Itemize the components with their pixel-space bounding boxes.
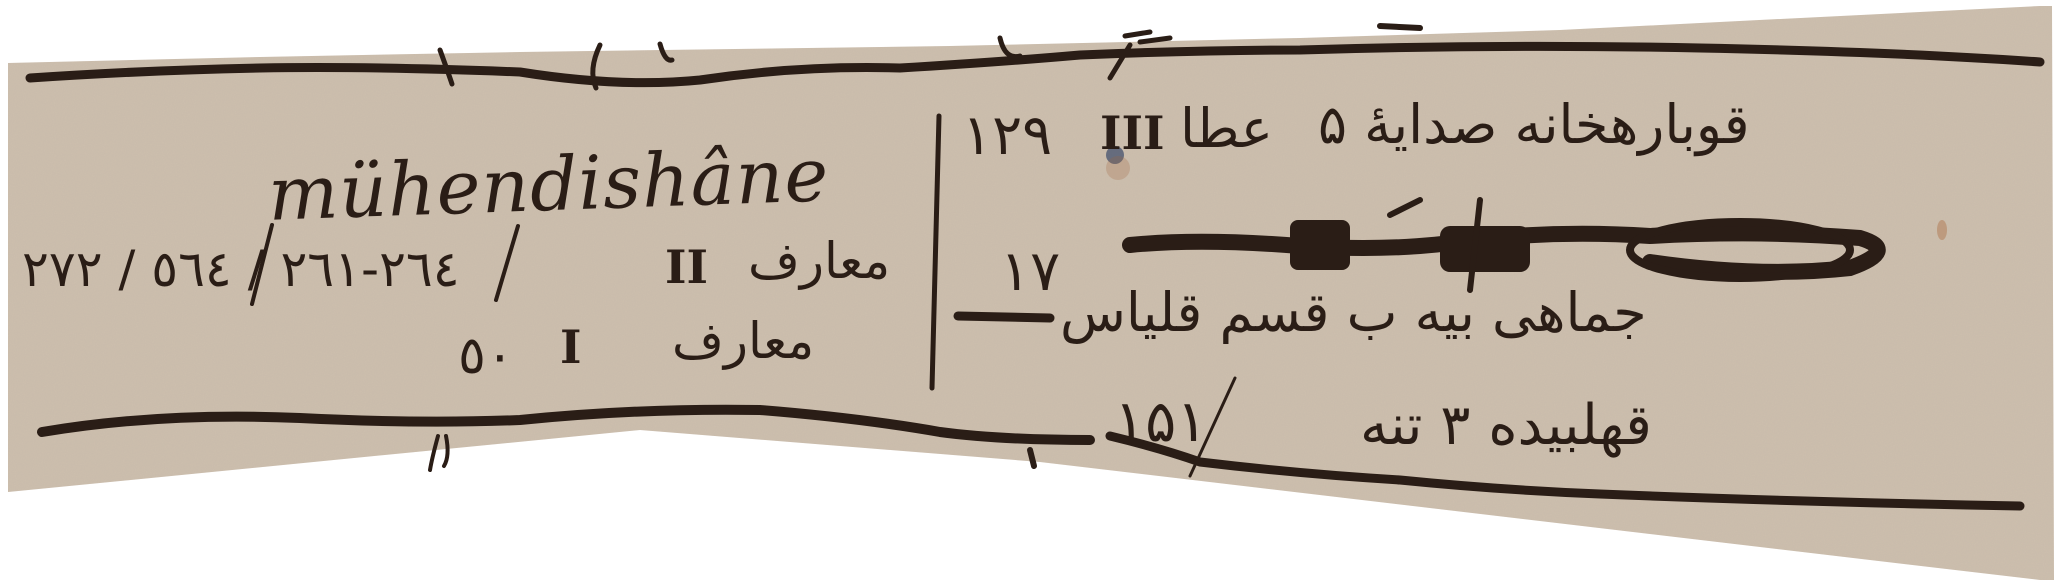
heading-muhendishane: mühendishâne — [267, 138, 830, 232]
left-line-2-volume: II — [665, 244, 708, 290]
right-line-1-text: قوبارهخانه صدایهٔ ۵ — [1318, 98, 1750, 152]
left-line-3-volume: I — [560, 324, 582, 370]
left-line-2-numbers: ٢٦٤-٢٦١ / ٥٦٤ / ٢٧٢ — [22, 244, 460, 294]
left-line-3-number: ٥٠ — [458, 330, 514, 382]
right-line-1-page: ۱۲۹ — [962, 108, 1052, 164]
right-line-4-text: قهلبیده ۳ تنه — [1360, 398, 1652, 454]
right-line-3-number: ۱۷ — [1000, 244, 1060, 300]
document-slip: mühendishâne ٢٦٤-٢٦١ / ٥٦٤ / ٢٧٢ II معار… — [0, 0, 2065, 584]
left-line-3-label: معارف — [672, 316, 814, 366]
left-line-2-label: معارف — [748, 236, 890, 286]
right-line-1-volume: III — [1100, 110, 1165, 156]
right-line-4-number: ۱۵۱ — [1114, 392, 1207, 450]
right-line-3-text: جماهی بیه ب قسم قلیاس — [1060, 286, 1647, 340]
right-line-1-source: عطا — [1180, 102, 1273, 156]
